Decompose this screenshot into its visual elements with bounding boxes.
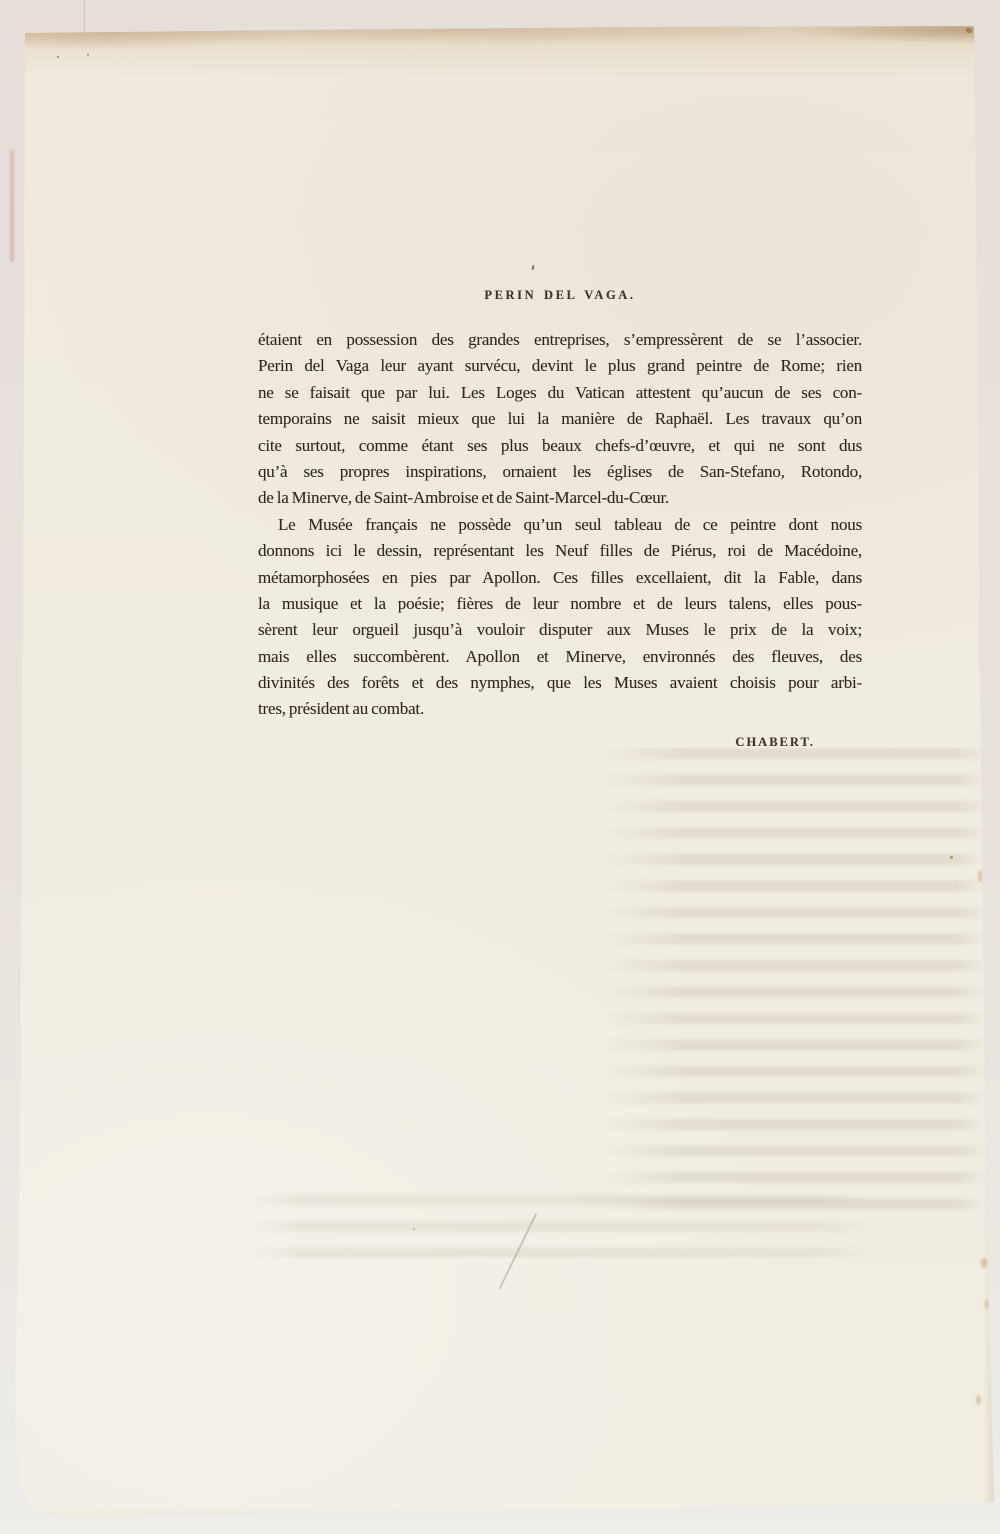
page-bottom-toning bbox=[14, 1510, 998, 1520]
text-line: sèrent leur orgueil jusqu’à vouloir disp… bbox=[258, 617, 862, 643]
page-top-toning bbox=[14, 24, 998, 76]
text-line: Perin del Vaga leur ayant survécu, devin… bbox=[258, 353, 862, 379]
bleedthrough-text-lines bbox=[250, 1192, 875, 1258]
paragraph: Le Musée français ne possède qu’un seul … bbox=[258, 512, 862, 723]
edge-stain bbox=[978, 870, 983, 882]
foxing-speck bbox=[950, 856, 953, 859]
text-line: cite surtout, comme étant ses plus beaux… bbox=[258, 433, 862, 459]
text-line: qu’à ses propres inspirations, ornaient … bbox=[258, 459, 862, 485]
surface-scratch bbox=[499, 1213, 537, 1289]
text-line: Le Musée français ne possède qu’un seul … bbox=[258, 512, 862, 538]
edge-stain bbox=[984, 1300, 989, 1308]
scanned-book-page: PERIN DEL VAGA. étaient en possession de… bbox=[14, 24, 998, 1520]
corner-foxing-spot bbox=[966, 28, 972, 33]
foxing-speck bbox=[57, 56, 59, 58]
text-line: temporains ne saisit mieux que lui la ma… bbox=[258, 406, 862, 432]
text-line: mais elles succombèrent. Apollon et Mine… bbox=[258, 644, 862, 670]
text-line: étaient en possession des grandes entrep… bbox=[258, 327, 862, 353]
edge-stain bbox=[976, 1395, 981, 1405]
text-line: ne se faisait que par lui. Les Loges du … bbox=[258, 380, 862, 406]
running-title: PERIN DEL VAGA. bbox=[258, 288, 862, 327]
author-signature: CHABERT. bbox=[258, 729, 862, 755]
text-line: tres, président au combat. bbox=[258, 696, 862, 722]
text-line: divinités des forêts et des nymphes, que… bbox=[258, 670, 862, 696]
edge-stain bbox=[981, 1258, 987, 1268]
text-block: PERIN DEL VAGA. étaient en possession de… bbox=[258, 288, 862, 755]
paragraph: étaient en possession des grandes entrep… bbox=[258, 327, 862, 512]
page-right-toning bbox=[984, 864, 998, 1520]
text-line: métamorphosées en pies par Apollon. Ces … bbox=[258, 565, 862, 591]
text-line: la musique et la poésie; fières de leur … bbox=[258, 591, 862, 617]
text-line: donnons ici le dessin, représentant les … bbox=[258, 538, 862, 564]
photo-backdrop: PERIN DEL VAGA. étaient en possession de… bbox=[0, 0, 1000, 1534]
ink-fleck bbox=[531, 265, 534, 270]
foxing-speck bbox=[413, 1228, 415, 1230]
backdrop-red-streak bbox=[10, 150, 14, 262]
foxing-speck bbox=[87, 54, 89, 56]
bleedthrough-text-block bbox=[604, 748, 988, 1218]
text-line: de la Minerve, de Saint-Ambroise et de S… bbox=[258, 485, 862, 511]
